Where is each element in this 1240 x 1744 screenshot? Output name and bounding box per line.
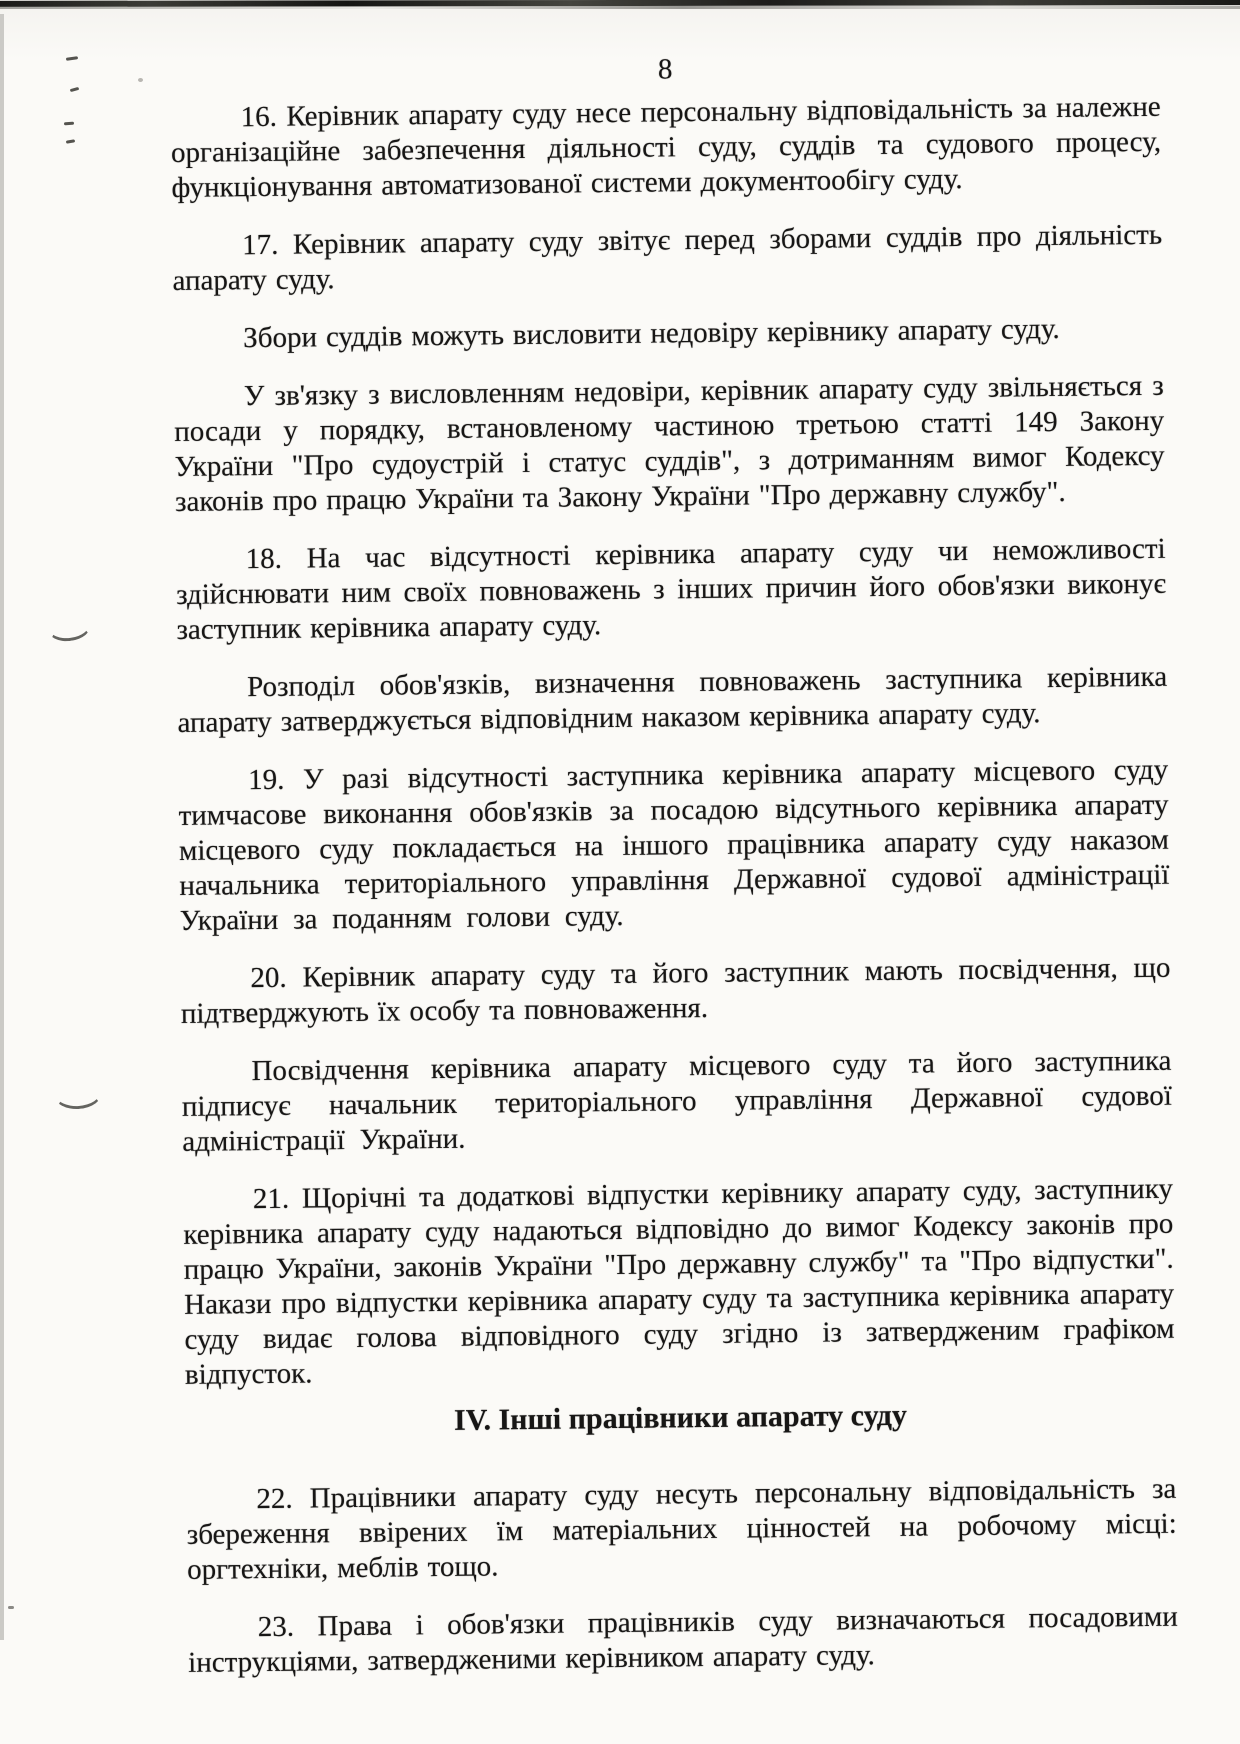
paragraph-20: 20. Керівник апарату суду та його заступ… (180, 951, 1171, 1032)
paragraph-21: 21. Щорічні та додаткові відпустки керів… (183, 1172, 1175, 1393)
paragraph-22: 22. Працівники апарату суду несуть персо… (186, 1472, 1177, 1588)
paper-speck (138, 78, 143, 82)
pencil-speck (66, 56, 78, 61)
paper-speck (8, 1606, 14, 1609)
paragraph-23: 23. Права і обов'язки працівників суду в… (188, 1600, 1179, 1681)
pen-check-mark (45, 609, 92, 643)
pen-check-mark (53, 1076, 103, 1110)
section-heading-iv: IV. Інші працівники апарату суду (185, 1395, 1175, 1441)
pencil-speck (66, 139, 75, 144)
pencil-speck (64, 122, 74, 126)
paragraph-duties: Розподіл обов'язків, визначення повноваж… (177, 660, 1168, 741)
paragraph-no-confidence: У зв'язку з висловленням недовіри, керів… (174, 369, 1166, 520)
pencil-speck (70, 87, 79, 92)
paragraph-19: 19. У разі відсутності заступника керівн… (178, 753, 1170, 939)
scanned-document-page: 8 16. Керівник апарату суду несе персона… (0, 0, 1240, 1744)
paragraph-17: 17. Керівник апарату суду звітує перед з… (172, 218, 1163, 299)
scan-edge-top-shade (0, 6, 1240, 9)
document-content: 8 16. Керівник апарату суду несе персона… (170, 47, 1179, 1704)
paragraph-16: 16. Керівник апарату суду несе персональ… (170, 90, 1161, 206)
scan-edge-left (0, 14, 4, 1640)
paragraph-18: 18. На час відсутності керівника апарату… (176, 532, 1167, 648)
paragraph-assembly: Збори суддів можуть висловити недовіру к… (173, 311, 1163, 357)
page-number: 8 (170, 47, 1160, 93)
paragraph-certificate: Посвідчення керівника апарату місцевого … (181, 1044, 1172, 1160)
